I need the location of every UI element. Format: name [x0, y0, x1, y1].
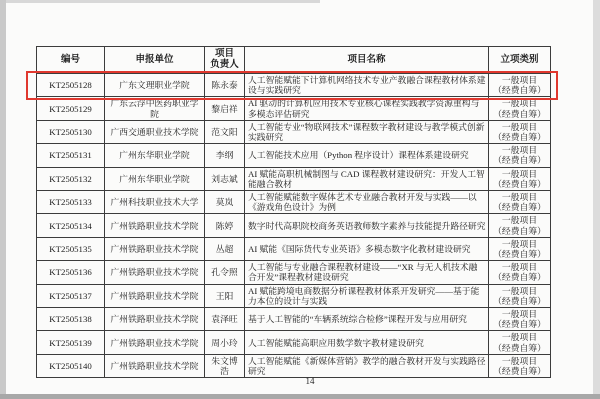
cell-leader: 李纲: [205, 144, 245, 167]
category-line: 一般项目: [491, 262, 548, 272]
cell-leader: 孔令照: [205, 261, 245, 284]
cell-unit: 广东云浮中医药职业学院: [105, 97, 205, 120]
category-line: 一般项目: [491, 239, 548, 249]
cell-category: 一般项目（经费自筹）: [489, 284, 551, 307]
category-line: 一般项目: [491, 98, 548, 108]
scan-edge-left: [0, 0, 6, 399]
category-line: 一般项目: [491, 309, 548, 319]
table-row: KT2505132广州东华职业学院刘志斌AI 赋能高职机械制图与 CAD 课程教…: [37, 167, 551, 190]
cell-code: KT2505128: [37, 74, 105, 97]
cell-leader: 周小玲: [205, 331, 245, 354]
cell-category: 一般项目（经费自筹）: [489, 308, 551, 331]
table-header: 编号 申报单位 项目 负责人 项目名称 立项类别: [37, 47, 551, 74]
cell-title: 人工智能专业“物联网技术”课程数字教材建设与教学模式创新实践研究: [245, 120, 489, 143]
cell-unit: 广州铁路职业技术学院: [105, 284, 205, 307]
table-row: KT2505133广州科技职业技术大学莫岚人工智能赋能数字媒体艺术专业融合教材开…: [37, 191, 551, 214]
scan-edge-bottom: [0, 394, 600, 399]
cell-code: KT2505140: [37, 354, 105, 377]
cell-unit: 广州铁路职业技术学院: [105, 308, 205, 331]
cell-unit: 广州铁路职业技术学院: [105, 237, 205, 260]
cell-leader: 黎启祥: [205, 97, 245, 120]
category-line: （经费自筹）: [491, 85, 548, 95]
col-header-unit: 申报单位: [105, 47, 205, 74]
cell-category: 一般项目（经费自筹）: [489, 97, 551, 120]
table-row: KT2505128广东文理职业学院陈永泰人工智能赋能下计算机网络技术专业产教融合…: [37, 74, 551, 97]
cell-code: KT2505134: [37, 214, 105, 237]
table-row: KT2505130广西交通职业技术学院范文阳人工智能专业“物联网技术”课程数字教…: [37, 120, 551, 143]
cell-code: KT2505136: [37, 261, 105, 284]
cell-title: 基于人工智能的“车辆系统综合检修”课程开发与应用研究: [245, 308, 489, 331]
cell-leader: 陈永泰: [205, 74, 245, 97]
cell-code: KT2505130: [37, 120, 105, 143]
category-line: （经费自筹）: [491, 272, 548, 282]
table-row: KT2505140广州铁路职业技术学院朱文博浩人工智能赋能《新媒体营销》教学的融…: [37, 354, 551, 377]
cell-category: 一般项目（经费自筹）: [489, 120, 551, 143]
table-row: KT2505138广州铁路职业技术学院袁泽旺基于人工智能的“车辆系统综合检修”课…: [37, 308, 551, 331]
col-header-category: 立项类别: [489, 47, 551, 74]
cell-unit: 广州东华职业学院: [105, 167, 205, 190]
cell-unit: 广州铁路职业技术学院: [105, 261, 205, 284]
category-line: 一般项目: [491, 286, 548, 296]
cell-category: 一般项目（经费自筹）: [489, 331, 551, 354]
category-line: （经费自筹）: [491, 319, 548, 329]
cell-code: KT2505131: [37, 144, 105, 167]
category-line: （经费自筹）: [491, 155, 548, 165]
cell-category: 一般项目（经费自筹）: [489, 144, 551, 167]
cell-title: AI 赋能跨境电商数据分析课程教材体系开发研究——基于能力本位的设计与实践: [245, 284, 489, 307]
category-line: （经费自筹）: [491, 109, 548, 119]
project-approval-table: 编号 申报单位 项目 负责人 项目名称 立项类别 KT2505128广东文理职业…: [36, 46, 551, 378]
cell-category: 一般项目（经费自筹）: [489, 354, 551, 377]
cell-code: KT2505135: [37, 237, 105, 260]
cell-leader: 朱文博浩: [205, 354, 245, 377]
cell-code: KT2505139: [37, 331, 105, 354]
cell-code: KT2505132: [37, 167, 105, 190]
cell-unit: 广州铁路职业技术学院: [105, 214, 205, 237]
cell-title: AI 赋能高职机械制图与 CAD 课程教材建设研究：开发人工智能融合教材: [245, 167, 489, 190]
cell-category: 一般项目（经费自筹）: [489, 261, 551, 284]
category-line: 一般项目: [491, 192, 548, 202]
col-header-title: 项目名称: [245, 47, 489, 74]
category-line: 一般项目: [491, 215, 548, 225]
cell-unit: 广州科技职业技术大学: [105, 191, 205, 214]
cell-unit: 广西交通职业技术学院: [105, 120, 205, 143]
cell-code: KT2505129: [37, 97, 105, 120]
cell-category: 一般项目（经费自筹）: [489, 237, 551, 260]
category-line: （经费自筹）: [491, 249, 548, 259]
category-line: 一般项目: [491, 75, 548, 85]
cell-unit: 广州铁路职业技术学院: [105, 331, 205, 354]
cell-leader: 王阳: [205, 284, 245, 307]
cell-category: 一般项目（经费自筹）: [489, 191, 551, 214]
cell-leader: 袁泽旺: [205, 308, 245, 331]
cell-title: 人工智能赋能下计算机网络技术专业产教融合课程教材体系建设与实践研究: [245, 74, 489, 97]
scan-edge-top: [0, 0, 320, 3]
category-line: （经费自筹）: [491, 366, 548, 376]
cell-title: 人工智能赋能《新媒体营销》教学的融合教材开发与实践路径研究: [245, 354, 489, 377]
cell-leader: 范文阳: [205, 120, 245, 143]
category-line: 一般项目: [491, 356, 548, 366]
table-row: KT2505139广州铁路职业技术学院周小玲人工智能赋能高职应用数学数字教材建设…: [37, 331, 551, 354]
category-line: （经费自筹）: [491, 296, 548, 306]
col-header-code: 编号: [37, 47, 105, 74]
cell-unit: 广州铁路职业技术学院: [105, 354, 205, 377]
cell-unit: 广州东华职业学院: [105, 144, 205, 167]
cell-title: 人工智能赋能高职应用数学数字教材建设研究: [245, 331, 489, 354]
cell-leader: 刘志斌: [205, 167, 245, 190]
col-header-leader-line2: 负责人: [206, 60, 243, 71]
category-line: （经费自筹）: [491, 132, 548, 142]
cell-leader: 丛超: [205, 237, 245, 260]
cell-leader: 陈婷: [205, 214, 245, 237]
page-number: 14: [0, 376, 600, 386]
table-row: KT2505134广州铁路职业技术学院陈婷数字时代高职院校商务英语教师数字素养与…: [37, 214, 551, 237]
cell-title: 数字时代高职院校商务英语教师数字素养与技能提升路径研究: [245, 214, 489, 237]
scan-edge-right: [593, 0, 600, 399]
cell-category: 一般项目（经费自筹）: [489, 74, 551, 97]
cell-title: 人工智能赋能数字媒体艺术专业融合教材开发与实践——以《游戏角色设计》为例: [245, 191, 489, 214]
category-line: （经费自筹）: [491, 179, 548, 189]
cell-code: KT2505137: [37, 284, 105, 307]
category-line: （经费自筹）: [491, 202, 548, 212]
table-row: KT2505136广州铁路职业技术学院孔令照人工智能与专业融合课程教材建设——“…: [37, 261, 551, 284]
table-row: KT2505135广州铁路职业技术学院丛超AI 赋能《国际货代专业英语》多模态数…: [37, 237, 551, 260]
cell-title: AI 驱动的计算机应用技术专业核心课程实践教学资源重构与多模态评估研究: [245, 97, 489, 120]
cell-title: AI 赋能《国际货代专业英语》多模态数字化教材建设研究: [245, 237, 489, 260]
cell-code: KT2505138: [37, 308, 105, 331]
category-line: （经费自筹）: [491, 226, 548, 236]
cell-category: 一般项目（经费自筹）: [489, 167, 551, 190]
category-line: 一般项目: [491, 169, 548, 179]
cell-code: KT2505133: [37, 191, 105, 214]
table-row: KT2505137广州铁路职业技术学院王阳AI 赋能跨境电商数据分析课程教材体系…: [37, 284, 551, 307]
header-row: 编号 申报单位 项目 负责人 项目名称 立项类别: [37, 47, 551, 74]
table-row: KT2505131广州东华职业学院李纲人工智能技术应用（Python 程序设计）…: [37, 144, 551, 167]
category-line: 一般项目: [491, 145, 548, 155]
cell-title: 人工智能技术应用（Python 程序设计）课程体系建设研究: [245, 144, 489, 167]
cell-category: 一般项目（经费自筹）: [489, 214, 551, 237]
cell-unit: 广东文理职业学院: [105, 74, 205, 97]
cell-leader: 莫岚: [205, 191, 245, 214]
category-line: 一般项目: [491, 332, 548, 342]
category-line: 一般项目: [491, 122, 548, 132]
table-row: KT2505129广东云浮中医药职业学院黎启祥AI 驱动的计算机应用技术专业核心…: [37, 97, 551, 120]
category-line: （经费自筹）: [491, 343, 548, 353]
table-body: KT2505128广东文理职业学院陈永泰人工智能赋能下计算机网络技术专业产教融合…: [37, 74, 551, 378]
cell-title: 人工智能与专业融合课程教材建设——“XR 与无人机技术融合开发”课程教材建设研究: [245, 261, 489, 284]
col-header-leader: 项目 负责人: [205, 47, 245, 74]
col-header-leader-line1: 项目: [206, 49, 243, 60]
